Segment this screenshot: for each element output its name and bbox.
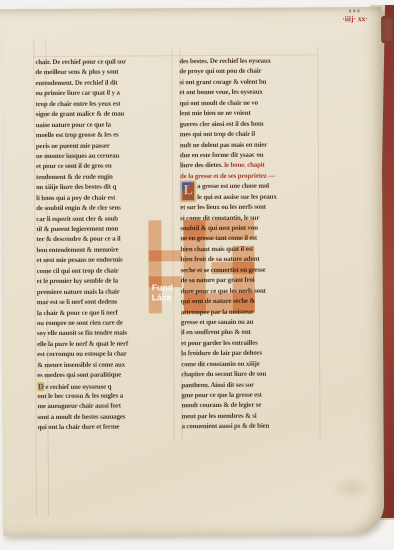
text-column-left: chair. De rechief pour ce quil sor de me… [35,57,174,434]
binding-tab [381,16,394,43]
illuminated-initial-L: L [181,181,195,201]
text-line: e rechief une oysseuse q [45,383,111,390]
folio-number: xxx ·iiij· xx· [334,8,376,23]
small-initial-D: D [37,382,44,391]
text-line: a conuenient aussi ps & de bien [182,422,321,433]
parchment-stain [331,475,373,501]
text-line: qui ont la chair dure et ferme [38,423,175,434]
rubric-text: le bone. chapit [224,162,264,169]
folio-number-lower: ·iiij· xx· [334,14,376,23]
text-line: liure des dietes. [180,162,223,169]
manuscript-photo: xxx ·iiij· xx· chair. De rechief pour ce… [0,0,394,550]
text-column-right: des bestes. De rechief les oyseaux de pr… [179,56,320,433]
manuscript-page: xxx ·iiij· xx· chair. De rechief pour ce… [0,7,384,536]
